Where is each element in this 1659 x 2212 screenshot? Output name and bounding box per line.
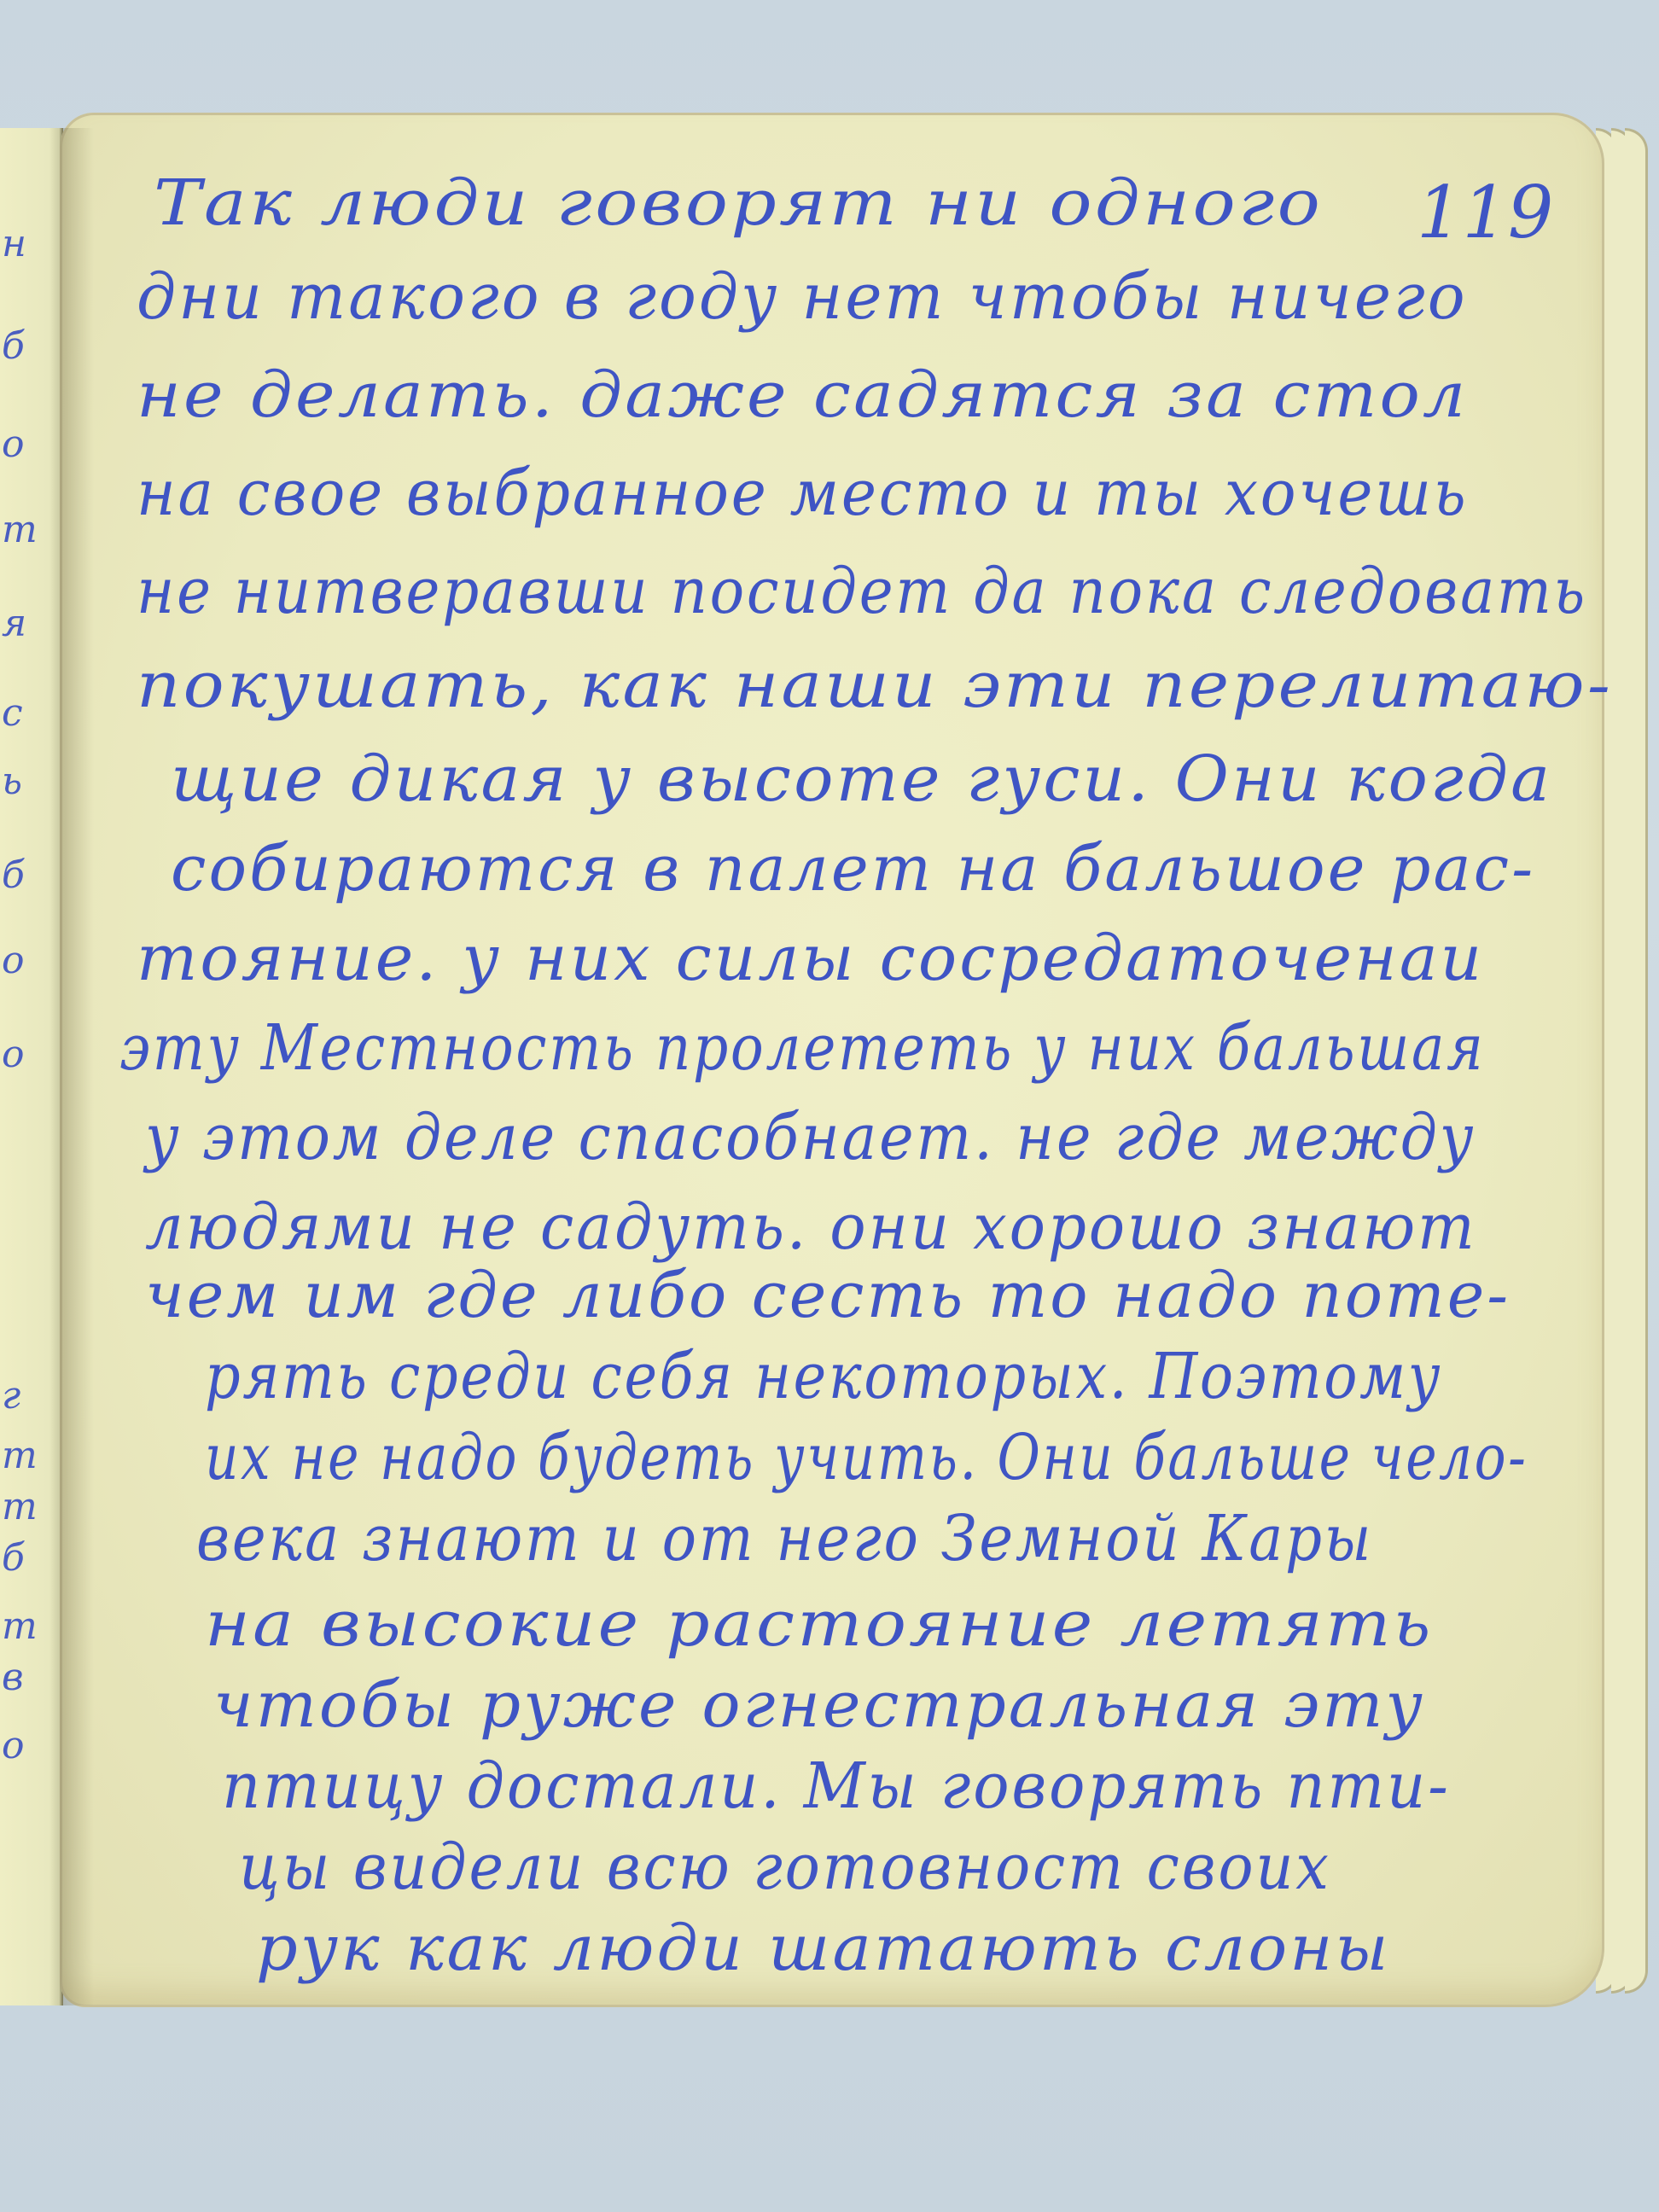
handwritten-line: их не надо будеть учить. Они бальше чело…: [205, 1421, 1528, 1494]
margin-mark: т: [2, 508, 38, 551]
handwritten-line: не делать. даже садятся за стол: [137, 358, 1468, 432]
margin-mark: о: [2, 1033, 25, 1076]
handwritten-line: на свое выбранное место и ты хочешь: [137, 457, 1468, 530]
margin-mark: т: [2, 1434, 38, 1477]
handwritten-line: не нитверавши посидет да пока следовать: [137, 555, 1587, 628]
handwritten-line: века знают и от него Земной Кары: [196, 1502, 1373, 1575]
margin-mark: г: [2, 1374, 20, 1417]
page-number: 119: [1417, 171, 1553, 254]
margin-mark: о: [2, 1724, 25, 1767]
margin-mark: н: [2, 222, 26, 265]
margin-mark: о: [2, 939, 25, 982]
margin-mark: с: [2, 691, 23, 735]
handwritten-line: чем им где либо сесть то надо поте-: [145, 1259, 1511, 1332]
margin-mark: я: [2, 602, 26, 645]
handwritten-line: цы видели всю готовност своих: [239, 1831, 1331, 1904]
margin-mark: т: [2, 1604, 38, 1648]
margin-mark: ь: [2, 760, 22, 803]
page-stack-edge: [1625, 128, 1648, 1994]
margin-mark: о: [2, 422, 25, 466]
handwritten-line: людями не садуть. они хорошо знают: [145, 1190, 1477, 1264]
margin-mark: в: [2, 1656, 24, 1699]
margin-mark: б: [2, 853, 25, 897]
handwritten-line: покушать, как наши эти перелитаю-: [137, 649, 1613, 722]
handwritten-line: рук как люди шатають слоны: [256, 1912, 1391, 1985]
handwritten-line: чтобы руже огнестральная эту: [213, 1668, 1425, 1742]
handwritten-line: на высокие растояние летять: [205, 1587, 1434, 1661]
handwritten-line: собираются в палет на бальшое рас-: [171, 832, 1535, 905]
handwritten-line: дни такого в году нет чтобы ничего: [137, 260, 1468, 334]
page-gutter-shadow: [60, 128, 94, 2005]
margin-mark: т: [2, 1485, 38, 1528]
handwritten-line: рять среди себя некоторых. Поэтому: [205, 1340, 1442, 1413]
handwritten-line: Так люди говорят ни одного: [154, 166, 1323, 240]
handwritten-line: эту Местность пролететь у них бальшая: [119, 1011, 1485, 1085]
handwritten-line: щие дикая у высоте гуси. Они когда: [171, 742, 1552, 816]
handwritten-line: птицу достали. Мы говорять пти-: [222, 1749, 1451, 1823]
handwritten-line: у этом деле спасобнает. не где между: [145, 1101, 1476, 1174]
left-page-edge: н б о т я с ь б о о г т т б т в о: [0, 128, 63, 2005]
margin-mark: б: [2, 324, 25, 368]
margin-mark: б: [2, 1536, 25, 1580]
handwritten-line: тояние. у них силы сосредаточенаи: [137, 922, 1484, 995]
